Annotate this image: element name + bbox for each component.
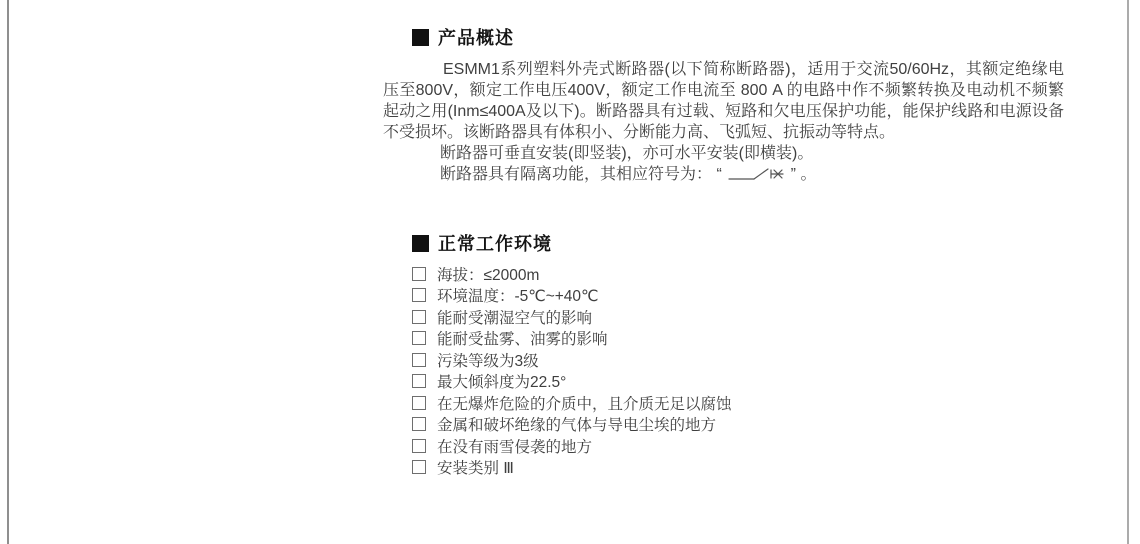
list-item-label: 金属和破坏绝缘的气体与导电尘埃的地方 xyxy=(437,413,716,435)
list-item: 污染等级为3级 xyxy=(412,349,1064,371)
section-bullet-icon xyxy=(412,235,429,252)
list-item: 安装类别 Ⅲ xyxy=(412,457,1064,479)
checkbox-icon xyxy=(412,331,426,345)
checkbox-icon xyxy=(412,374,426,388)
list-item-label: 污染等级为3级 xyxy=(437,349,539,371)
environment-title-text: 正常工作环境 xyxy=(438,230,552,256)
list-item: 在没有雨雪侵袭的地方 xyxy=(412,435,1064,457)
checkbox-icon xyxy=(412,310,426,324)
isolator-switch-symbol-icon xyxy=(728,166,784,182)
list-item: 海拔：≤2000m xyxy=(412,263,1064,285)
checkbox-icon xyxy=(412,439,426,453)
overview-paragraph-main: ESMM1系列塑料外壳式断路器(以下简称断路器)，适用于交流50/60Hz，其额… xyxy=(383,59,1064,143)
list-item-label: 在没有雨雪侵袭的地方 xyxy=(437,435,592,457)
overview-paragraph-mounting: 断路器可垂直安装(即竖装)，亦可水平安装(即横装)。 xyxy=(383,143,1064,164)
overview-title-text: 产品概述 xyxy=(438,24,514,50)
environment-condition-list: 海拔：≤2000m 环境温度：-5℃~+40℃ 能耐受潮湿空气的影响 能耐受盐雾… xyxy=(412,263,1064,478)
list-item: 最大倾斜度为22.5° xyxy=(412,371,1064,393)
left-column-rule xyxy=(7,0,9,544)
isolation-text-before: 断路器具有隔离功能，其相应符号为： “ xyxy=(440,166,726,183)
page-content: 产品概述 ESMM1系列塑料外壳式断路器(以下简称断路器)，适用于交流50/60… xyxy=(383,26,1064,478)
checkbox-icon xyxy=(412,288,426,302)
list-item-label: 安装类别 Ⅲ xyxy=(437,456,514,478)
list-item-label: 海拔：≤2000m xyxy=(437,263,539,285)
checkbox-icon xyxy=(412,267,426,281)
section-title-overview: 产品概述 xyxy=(412,26,1064,48)
isolation-text-after: ” 。 xyxy=(786,166,816,183)
list-item-label: 能耐受潮湿空气的影响 xyxy=(437,306,592,328)
list-item: 能耐受潮湿空气的影响 xyxy=(412,306,1064,328)
section-bullet-icon xyxy=(412,29,429,46)
list-item-label: 能耐受盐雾、油雾的影响 xyxy=(437,327,608,349)
list-item: 金属和破坏绝缘的气体与导电尘埃的地方 xyxy=(412,414,1064,436)
list-item-label: 环境温度：-5℃~+40℃ xyxy=(437,284,598,306)
list-item: 在无爆炸危险的介质中，且介质无足以腐蚀 xyxy=(412,392,1064,414)
list-item-label: 最大倾斜度为22.5° xyxy=(437,370,566,392)
checkbox-icon xyxy=(412,417,426,431)
section-title-environment: 正常工作环境 xyxy=(412,232,1064,254)
right-column-rule xyxy=(1127,0,1129,544)
list-item-label: 在无爆炸危险的介质中，且介质无足以腐蚀 xyxy=(437,392,732,414)
list-item: 能耐受盐雾、油雾的影响 xyxy=(412,328,1064,350)
checkbox-icon xyxy=(412,460,426,474)
checkbox-icon xyxy=(412,353,426,367)
overview-paragraph-isolation: 断路器具有隔离功能，其相应符号为： “ ” 。 xyxy=(383,164,1064,185)
list-item: 环境温度：-5℃~+40℃ xyxy=(412,285,1064,307)
checkbox-icon xyxy=(412,396,426,410)
